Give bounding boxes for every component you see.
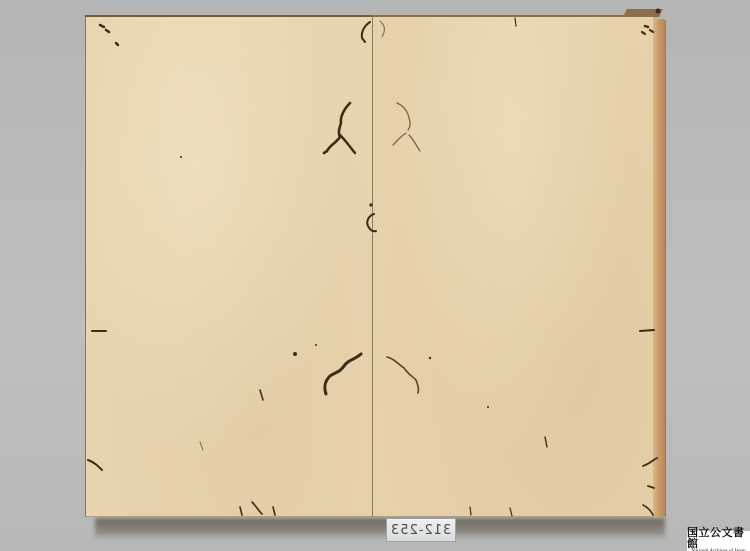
archive-watermark: 国立公文書館 National Archives of Japan: [687, 531, 750, 551]
call-number-label: 312-253: [386, 518, 456, 542]
book-spine-fold: [372, 15, 373, 517]
page-stack-edge: [653, 19, 666, 517]
call-number-text: 312-253: [390, 523, 451, 538]
left-page: [85, 15, 373, 517]
right-page: [373, 15, 653, 517]
open-book: [85, 15, 668, 519]
lifted-corner: [623, 9, 663, 17]
watermark-japanese: 国立公文書館: [687, 527, 750, 549]
book-shadow: [95, 518, 665, 540]
